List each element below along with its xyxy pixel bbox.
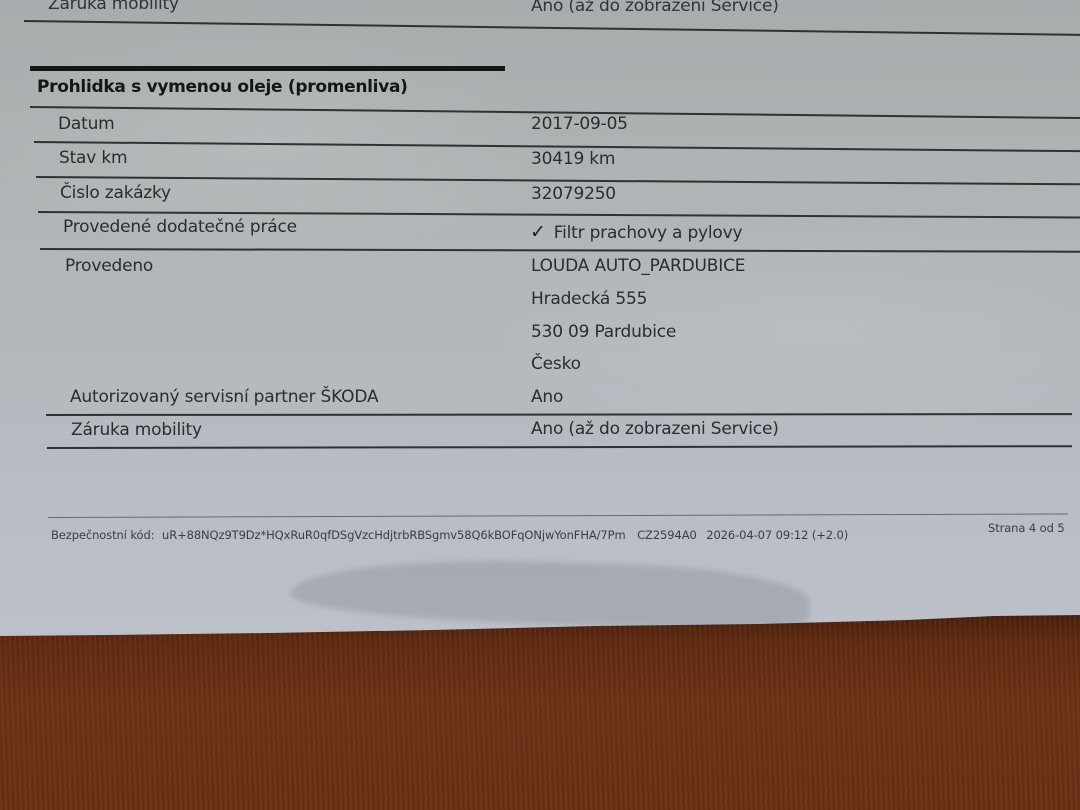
row-value-dodatecne-prace: ✓Filtr prachovy a pylovy bbox=[530, 221, 742, 243]
row-label-dodatecne-prace: Provedené dodatečné práce bbox=[63, 217, 297, 237]
row-value-autorizovany-partner: Ano bbox=[531, 387, 563, 407]
security-code-line: Bezpečnostní kód: uR+88NQz9T9Dz*HQxRuR0q… bbox=[51, 528, 848, 542]
divider bbox=[24, 20, 1080, 36]
section-title: Prohlidka s vymenou oleje (promenliva) bbox=[37, 77, 408, 97]
footer-divider bbox=[48, 513, 1068, 518]
dealer-country: Česko bbox=[531, 354, 581, 374]
divider bbox=[46, 413, 1072, 416]
row-value-cislo-zakazky: 32079250 bbox=[531, 184, 616, 204]
row-label-provedeno: Provedeno bbox=[65, 256, 153, 276]
security-code-label: Bezpečnostní kód: bbox=[51, 528, 154, 542]
prev-row-label: Záruka mobility bbox=[48, 0, 179, 14]
row-value-zaruka-mobility: Ano (až do zobrazeni Service) bbox=[531, 419, 779, 439]
row-label-cislo-zakazky: Čislo zakázky bbox=[60, 183, 171, 203]
row-label-autorizovany-partner: Autorizovaný servisní partner ŠKODA bbox=[70, 387, 378, 407]
dealer-street: Hradecká 555 bbox=[531, 289, 647, 309]
row-value-stav-km: 30419 km bbox=[531, 149, 615, 169]
divider bbox=[40, 248, 1080, 253]
additional-work-text: Filtr prachovy a pylovy bbox=[554, 223, 743, 243]
row-label-stav-km: Stav km bbox=[59, 148, 127, 168]
document-id: CZ2594A0 bbox=[637, 528, 697, 542]
row-label-zaruka-mobility: Záruka mobility bbox=[71, 420, 202, 440]
row-label-datum: Datum bbox=[58, 114, 115, 134]
section-header-bar bbox=[30, 66, 505, 71]
photo-scene: Záruka mobility Ano (až do zobrazeni Ser… bbox=[0, 0, 1080, 810]
checkmark-icon: ✓ bbox=[530, 221, 546, 243]
security-code: uR+88NQz9T9Dz*HQxRuR0qfDSgVzcHdjtrbRBSgm… bbox=[162, 528, 626, 542]
row-value-datum: 2017-09-05 bbox=[531, 114, 628, 134]
prev-row-value: Ano (až do zobrazeni Service) bbox=[531, 0, 779, 16]
dealer-name: LOUDA AUTO_PARDUBICE bbox=[531, 256, 745, 276]
paper-fold-shadow bbox=[289, 553, 811, 633]
print-timestamp: 2026-04-07 09:12 (+2.0) bbox=[706, 528, 848, 542]
dealer-city: 530 09 Pardubice bbox=[531, 322, 676, 342]
page-number: Strana 4 od 5 bbox=[988, 521, 1065, 535]
service-record-page: Záruka mobility Ano (až do zobrazeni Ser… bbox=[0, 0, 1080, 640]
divider bbox=[47, 445, 1072, 449]
